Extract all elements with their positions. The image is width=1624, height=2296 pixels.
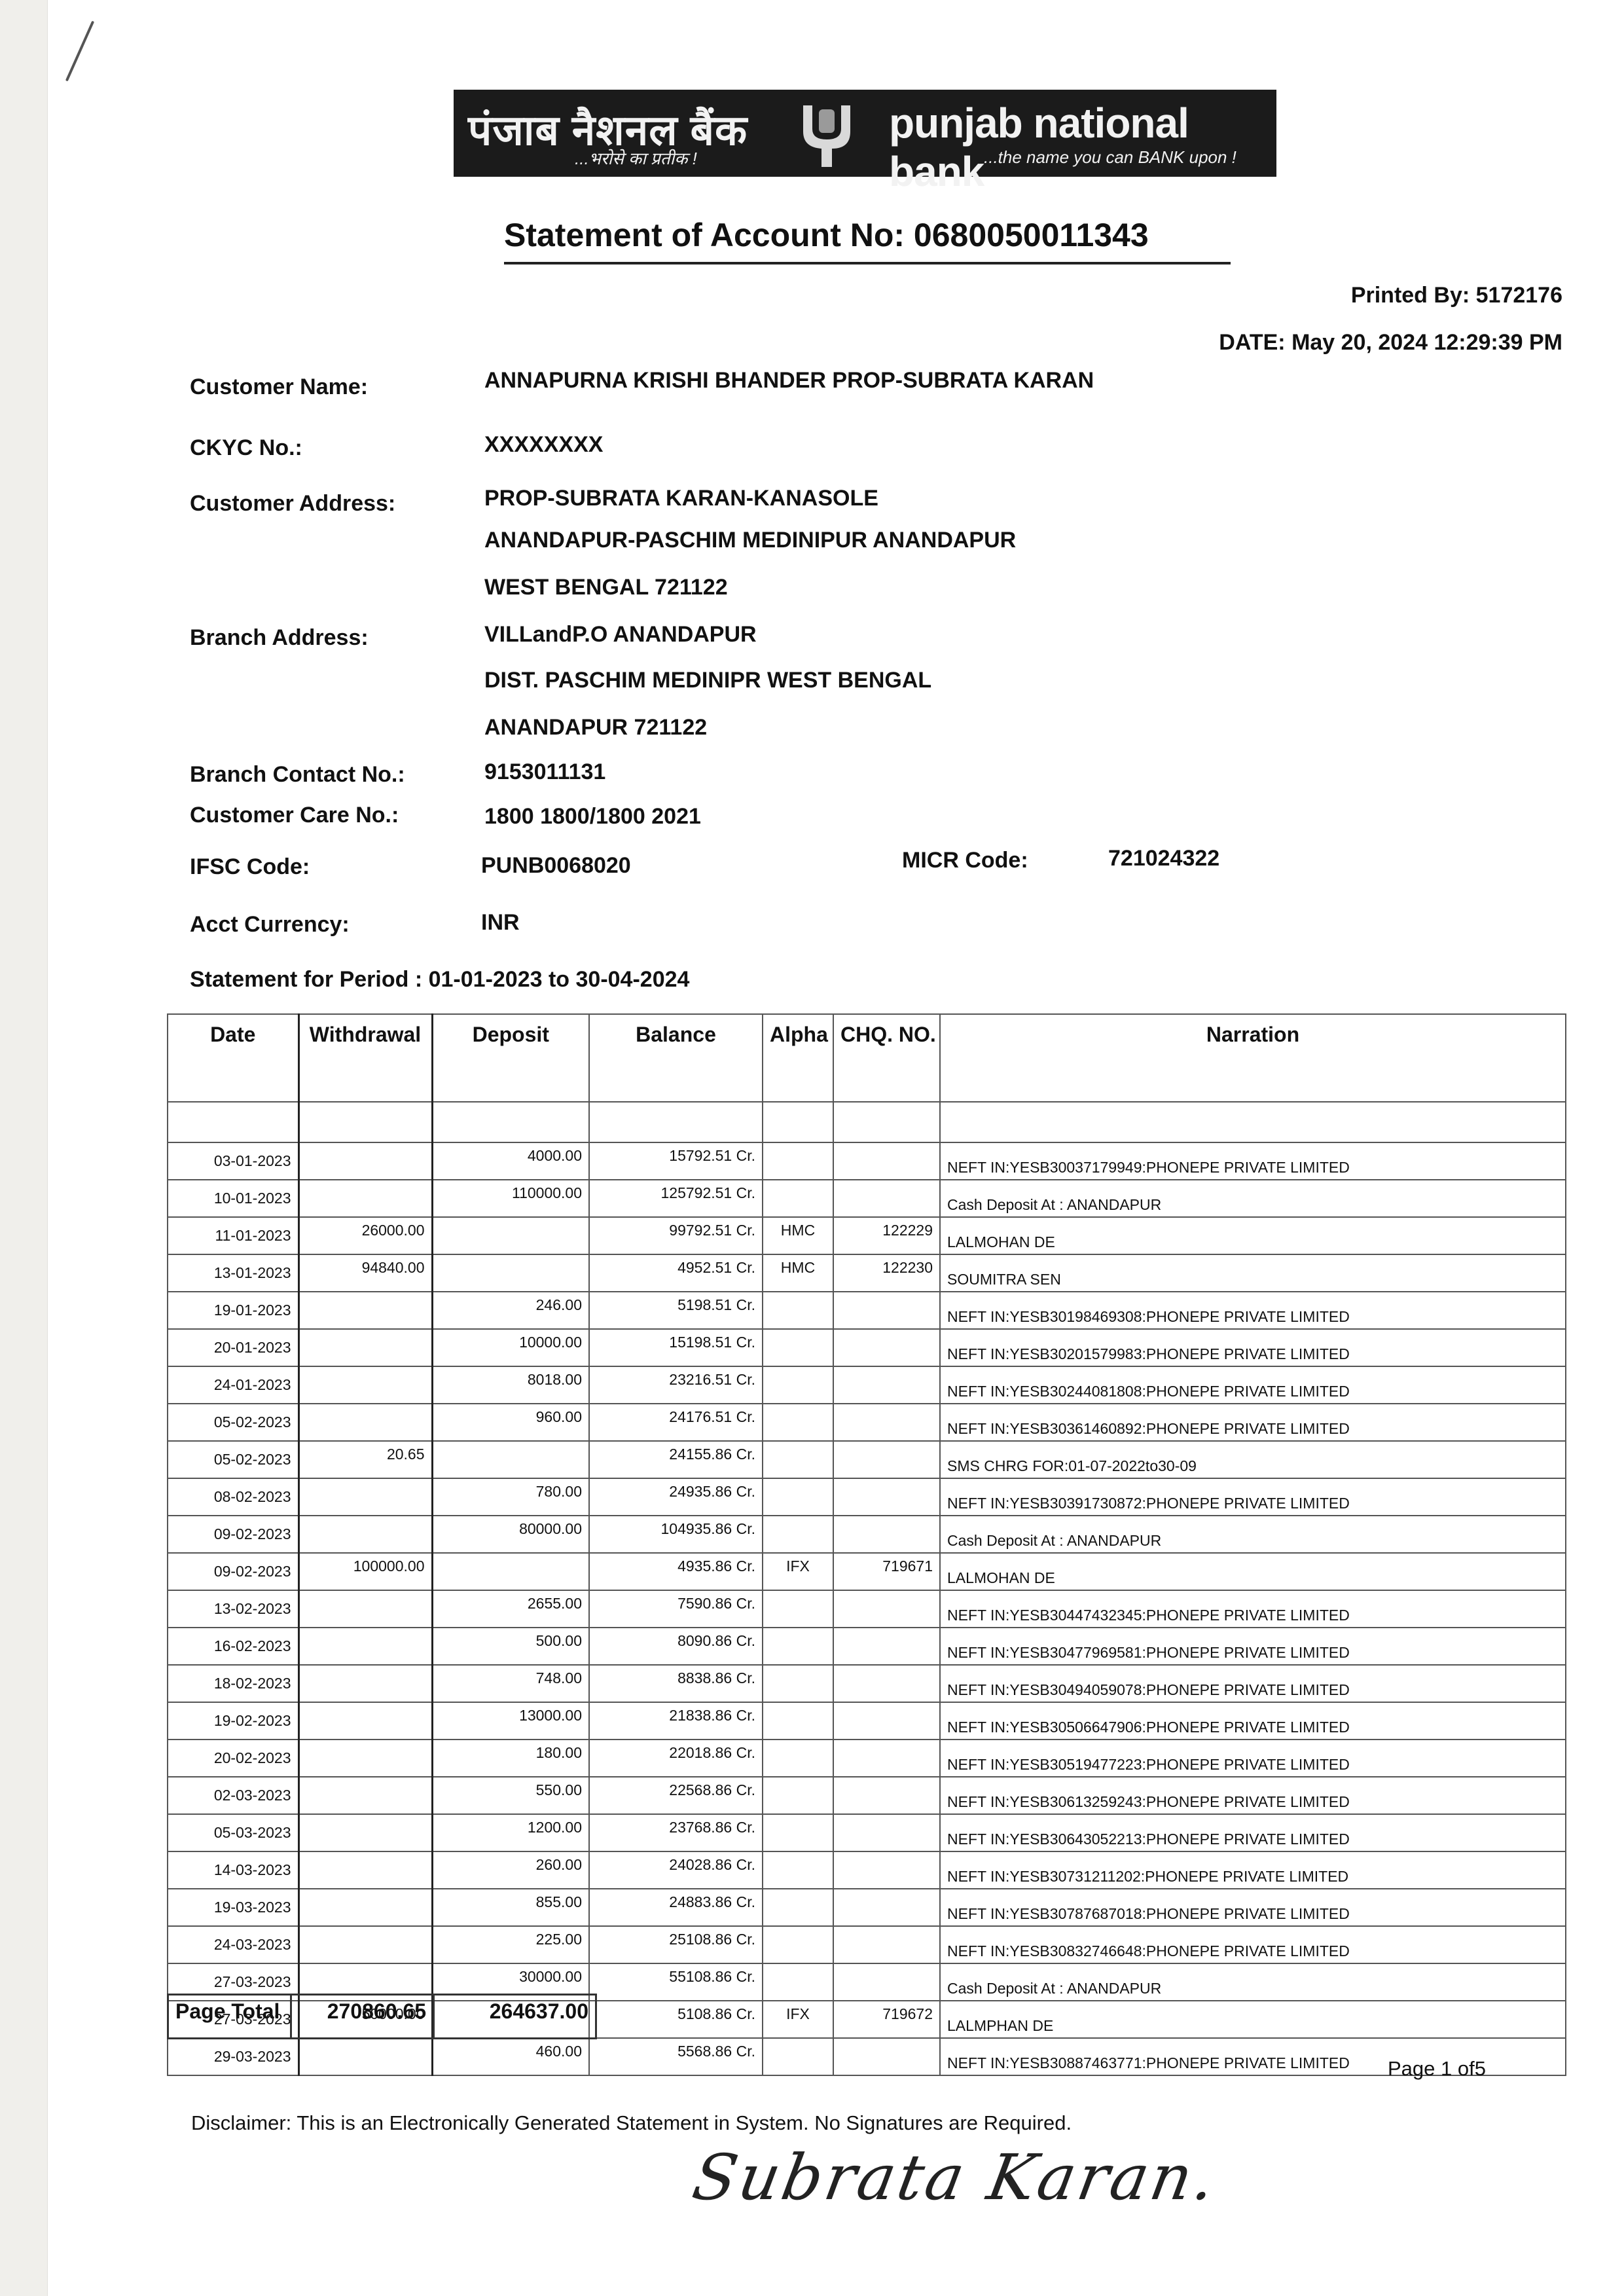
cell-narration: NEFT IN:YESB30613259243:PHONEPE PRIVATE … — [940, 1777, 1566, 1814]
transactions-table: Date Withdrawal Deposit Balance Alpha CH… — [167, 1013, 1566, 2076]
cell-deposit: 8018.00 — [432, 1366, 589, 1404]
cell-withdrawal — [298, 1851, 432, 1889]
cell-date: 19-02-2023 — [168, 1702, 298, 1740]
cell-withdrawal — [298, 1665, 432, 1702]
cell-alpha: HMC — [763, 1217, 833, 1254]
cell-narration: SMS CHRG FOR:01-07-2022to30-09 — [940, 1441, 1566, 1478]
ckyc-value: XXXXXXXX — [484, 432, 603, 458]
cell-chq-no: 122230 — [833, 1254, 940, 1292]
cell-chq-no — [833, 1628, 940, 1665]
cell-withdrawal — [298, 1478, 432, 1516]
cell-narration: NEFT IN:YESB30361460892:PHONEPE PRIVATE … — [940, 1404, 1566, 1441]
cell-withdrawal: 94840.00 — [298, 1254, 432, 1292]
cell-narration: NEFT IN:YESB30201579983:PHONEPE PRIVATE … — [940, 1329, 1566, 1366]
cell-withdrawal — [298, 1366, 432, 1404]
branch-address-label: Branch Address: — [190, 625, 369, 651]
cell-balance: 55108.86 Cr. — [589, 1963, 763, 2001]
cell-alpha — [763, 1329, 833, 1366]
cell-balance: 23216.51 Cr. — [589, 1366, 763, 1404]
cell-alpha — [763, 1292, 833, 1329]
cell-chq-no — [833, 1180, 940, 1217]
cell-balance: 24935.86 Cr. — [589, 1478, 763, 1516]
table-row: 11-01-202326000.0099792.51 Cr.HMC122229L… — [168, 1217, 1566, 1254]
cell-alpha — [763, 1740, 833, 1777]
cell-chq-no — [833, 1777, 940, 1814]
cell-withdrawal — [298, 1329, 432, 1366]
column-header-withdrawal: Withdrawal — [298, 1014, 432, 1102]
table-row: 09-02-202380000.00104935.86 Cr.Cash Depo… — [168, 1516, 1566, 1553]
cell-chq-no — [833, 1963, 940, 2001]
cell-date: 14-03-2023 — [168, 1851, 298, 1889]
cell-alpha — [763, 1665, 833, 1702]
cell-date: 29-03-2023 — [168, 2038, 298, 2075]
ckyc-label: CKYC No.: — [190, 435, 302, 461]
disclaimer: Disclaimer: This is an Electronically Ge… — [191, 2111, 1072, 2135]
bank-tagline-english: ...the name you can BANK upon ! — [984, 147, 1236, 168]
cell-narration: LALMPHAN DE — [940, 2001, 1566, 2038]
cell-deposit: 550.00 — [432, 1777, 589, 1814]
cell-withdrawal — [298, 1889, 432, 1926]
cell-balance: 104935.86 Cr. — [589, 1516, 763, 1553]
cell-date: 13-02-2023 — [168, 1590, 298, 1628]
table-row: 20-01-202310000.0015198.51 Cr.NEFT IN:YE… — [168, 1329, 1566, 1366]
table-row: 13-02-20232655.007590.86 Cr.NEFT IN:YESB… — [168, 1590, 1566, 1628]
cell-chq-no — [833, 1926, 940, 1963]
cell-balance: 24028.86 Cr. — [589, 1851, 763, 1889]
cell-deposit: 460.00 — [432, 2038, 589, 2075]
pen-mark — [65, 21, 94, 82]
cell-chq-no — [833, 1740, 940, 1777]
cell-deposit — [432, 1217, 589, 1254]
table-row: 29-03-2023460.005568.86 Cr.NEFT IN:YESB3… — [168, 2038, 1566, 2075]
page-total-table: Page Total 270860.65 264637.00 — [167, 1994, 597, 2039]
cell-chq-no — [833, 1329, 940, 1366]
cell-chq-no — [833, 1814, 940, 1851]
cell-alpha: IFX — [763, 1553, 833, 1590]
cell-chq-no — [833, 1665, 940, 1702]
cell-date: 20-01-2023 — [168, 1329, 298, 1366]
cell-date: 24-01-2023 — [168, 1366, 298, 1404]
statement-title: Statement of Account No: 0680050011343 — [504, 216, 1231, 264]
customer-address-line-1: PROP-SUBRATA KARAN-KANASOLE — [484, 486, 878, 511]
cell-date: 18-02-2023 — [168, 1665, 298, 1702]
cell-withdrawal: 20.65 — [298, 1441, 432, 1478]
cell-deposit: 780.00 — [432, 1478, 589, 1516]
cell-chq-no — [833, 1142, 940, 1180]
cell-narration: NEFT IN:YESB30519477223:PHONEPE PRIVATE … — [940, 1740, 1566, 1777]
cell-date: 16-02-2023 — [168, 1628, 298, 1665]
cell-balance: 15198.51 Cr. — [589, 1329, 763, 1366]
bank-logo-banner: पंजाब नैशनल बैंक ...भरोसे का प्रतीक ! pu… — [454, 90, 1276, 177]
cell-alpha — [763, 1777, 833, 1814]
cell-chq-no — [833, 1889, 940, 1926]
customer-address-label: Customer Address: — [190, 491, 395, 517]
table-row: 05-02-202320.6524155.86 Cr.SMS CHRG FOR:… — [168, 1441, 1566, 1478]
cell-date: 20-02-2023 — [168, 1740, 298, 1777]
cell-narration: Cash Deposit At : ANANDAPUR — [940, 1516, 1566, 1553]
cell-chq-no — [833, 1366, 940, 1404]
cell-deposit: 225.00 — [432, 1926, 589, 1963]
cell-deposit: 13000.00 — [432, 1702, 589, 1740]
cell-balance: 25108.86 Cr. — [589, 1926, 763, 1963]
cell-deposit: 960.00 — [432, 1404, 589, 1441]
cell-balance: 23768.86 Cr. — [589, 1814, 763, 1851]
cell-alpha: IFX — [763, 2001, 833, 2038]
page-total-withdrawal: 270860.65 — [291, 1995, 434, 2039]
customer-name-label: Customer Name: — [190, 374, 368, 400]
table-row: 19-02-202313000.0021838.86 Cr.NEFT IN:YE… — [168, 1702, 1566, 1740]
cell-balance: 125792.51 Cr. — [589, 1180, 763, 1217]
cell-withdrawal — [298, 2038, 432, 2075]
cell-withdrawal — [298, 1702, 432, 1740]
cell-balance: 5198.51 Cr. — [589, 1292, 763, 1329]
cell-narration: NEFT IN:YESB30506647906:PHONEPE PRIVATE … — [940, 1702, 1566, 1740]
table-row: 24-03-2023225.0025108.86 Cr.NEFT IN:YESB… — [168, 1926, 1566, 1963]
cell-balance: 22018.86 Cr. — [589, 1740, 763, 1777]
cell-chq-no — [833, 1702, 940, 1740]
handwritten-signature: Subrata Karan. — [687, 2141, 1223, 2214]
cell-deposit: 260.00 — [432, 1851, 589, 1889]
cell-balance: 24155.86 Cr. — [589, 1441, 763, 1478]
cell-balance: 21838.86 Cr. — [589, 1702, 763, 1740]
table-row: 10-01-2023110000.00125792.51 Cr.Cash Dep… — [168, 1180, 1566, 1217]
cell-balance: 99792.51 Cr. — [589, 1217, 763, 1254]
cell-chq-no: 719672 — [833, 2001, 940, 2038]
cell-date: 09-02-2023 — [168, 1516, 298, 1553]
pnb-logo-icon — [801, 103, 853, 168]
cell-date: 09-02-2023 — [168, 1553, 298, 1590]
cell-deposit: 246.00 — [432, 1292, 589, 1329]
cell-withdrawal — [298, 1814, 432, 1851]
cell-narration: NEFT IN:YESB30832746648:PHONEPE PRIVATE … — [940, 1926, 1566, 1963]
ifsc-label: IFSC Code: — [190, 854, 310, 880]
cell-date: 24-03-2023 — [168, 1926, 298, 1963]
cell-deposit: 110000.00 — [432, 1180, 589, 1217]
cell-chq-no — [833, 1851, 940, 1889]
cell-alpha — [763, 1814, 833, 1851]
cell-date: 13-01-2023 — [168, 1254, 298, 1292]
customer-care-value: 1800 1800/1800 2021 — [484, 804, 701, 829]
customer-address-line-2: ANANDAPUR-PASCHIM MEDINIPUR ANANDAPUR — [484, 528, 1016, 553]
cell-deposit: 2655.00 — [432, 1590, 589, 1628]
cell-date: 02-03-2023 — [168, 1777, 298, 1814]
cell-withdrawal — [298, 1516, 432, 1553]
cell-deposit: 855.00 — [432, 1889, 589, 1926]
table-header-row: Date Withdrawal Deposit Balance Alpha CH… — [168, 1014, 1566, 1102]
scan-edge — [0, 0, 48, 2296]
cell-narration: NEFT IN:YESB30731211202:PHONEPE PRIVATE … — [940, 1851, 1566, 1889]
cell-withdrawal — [298, 1404, 432, 1441]
cell-withdrawal — [298, 1292, 432, 1329]
cell-alpha — [763, 1889, 833, 1926]
cell-deposit — [432, 1254, 589, 1292]
cell-alpha — [763, 1478, 833, 1516]
cell-alpha — [763, 1628, 833, 1665]
branch-contact-label: Branch Contact No.: — [190, 762, 405, 788]
cell-balance: 24883.86 Cr. — [589, 1889, 763, 1926]
table-row: 13-01-202394840.004952.51 Cr.HMC122230SO… — [168, 1254, 1566, 1292]
page-total-deposit: 264637.00 — [434, 1995, 596, 2039]
branch-address-line-2: DIST. PASCHIM MEDINIPR WEST BENGAL — [484, 668, 931, 693]
cell-narration: NEFT IN:YESB30447432345:PHONEPE PRIVATE … — [940, 1590, 1566, 1628]
cell-alpha — [763, 1404, 833, 1441]
cell-balance: 15792.51 Cr. — [589, 1142, 763, 1180]
table-row: 05-02-2023960.0024176.51 Cr.NEFT IN:YESB… — [168, 1404, 1566, 1441]
cell-date: 08-02-2023 — [168, 1478, 298, 1516]
table-row: 20-02-2023180.0022018.86 Cr.NEFT IN:YESB… — [168, 1740, 1566, 1777]
cell-date: 19-01-2023 — [168, 1292, 298, 1329]
cell-alpha — [763, 1441, 833, 1478]
cell-narration: NEFT IN:YESB30391730872:PHONEPE PRIVATE … — [940, 1478, 1566, 1516]
cell-date: 05-02-2023 — [168, 1404, 298, 1441]
cell-narration: NEFT IN:YESB30787687018:PHONEPE PRIVATE … — [940, 1889, 1566, 1926]
cell-deposit: 1200.00 — [432, 1814, 589, 1851]
cell-deposit — [432, 1441, 589, 1478]
cell-narration: Cash Deposit At : ANANDAPUR — [940, 1180, 1566, 1217]
cell-chq-no — [833, 1441, 940, 1478]
table-row: 24-01-20238018.0023216.51 Cr.NEFT IN:YES… — [168, 1366, 1566, 1404]
cell-balance: 22568.86 Cr. — [589, 1777, 763, 1814]
cell-chq-no: 719671 — [833, 1553, 940, 1590]
cell-withdrawal — [298, 1740, 432, 1777]
cell-balance: 4935.86 Cr. — [589, 1553, 763, 1590]
cell-alpha — [763, 2038, 833, 2075]
cell-withdrawal — [298, 1590, 432, 1628]
cell-deposit: 748.00 — [432, 1665, 589, 1702]
table-row: 19-03-2023855.0024883.86 Cr.NEFT IN:YESB… — [168, 1889, 1566, 1926]
ifsc-value: PUNB0068020 — [481, 853, 631, 879]
cell-narration: Cash Deposit At : ANANDAPUR — [940, 1963, 1566, 2001]
cell-balance: 7590.86 Cr. — [589, 1590, 763, 1628]
blank-row — [168, 1102, 1566, 1142]
page-number: Page 1 of5 — [1388, 2057, 1486, 2081]
cell-deposit: 180.00 — [432, 1740, 589, 1777]
cell-deposit — [432, 1553, 589, 1590]
table-row: 19-01-2023246.005198.51 Cr.NEFT IN:YESB3… — [168, 1292, 1566, 1329]
cell-balance: 5108.86 Cr. — [589, 2001, 763, 2038]
branch-address-line-3: ANANDAPUR 721122 — [484, 715, 707, 740]
cell-withdrawal — [298, 1180, 432, 1217]
cell-chq-no — [833, 1292, 940, 1329]
cell-date: 03-01-2023 — [168, 1142, 298, 1180]
cell-balance: 5568.86 Cr. — [589, 2038, 763, 2075]
customer-care-label: Customer Care No.: — [190, 803, 399, 828]
cell-withdrawal — [298, 1777, 432, 1814]
cell-chq-no — [833, 1516, 940, 1553]
cell-narration: NEFT IN:YESB30494059078:PHONEPE PRIVATE … — [940, 1665, 1566, 1702]
cell-narration: NEFT IN:YESB30643052213:PHONEPE PRIVATE … — [940, 1814, 1566, 1851]
cell-narration: NEFT IN:YESB30037179949:PHONEPE PRIVATE … — [940, 1142, 1566, 1180]
cell-alpha — [763, 1366, 833, 1404]
cell-narration: LALMOHAN DE — [940, 1217, 1566, 1254]
table-row: 14-03-2023260.0024028.86 Cr.NEFT IN:YESB… — [168, 1851, 1566, 1889]
column-header-balance: Balance — [589, 1014, 763, 1102]
currency-value: INR — [481, 910, 520, 936]
cell-alpha — [763, 1180, 833, 1217]
cell-date: 05-02-2023 — [168, 1441, 298, 1478]
cell-withdrawal — [298, 1926, 432, 1963]
cell-deposit: 500.00 — [432, 1628, 589, 1665]
cell-balance: 24176.51 Cr. — [589, 1404, 763, 1441]
table-row: 05-03-20231200.0023768.86 Cr.NEFT IN:YES… — [168, 1814, 1566, 1851]
branch-address-line-1: VILLandP.O ANANDAPUR — [484, 622, 757, 647]
cell-alpha: HMC — [763, 1254, 833, 1292]
cell-date: 10-01-2023 — [168, 1180, 298, 1217]
cell-deposit: 80000.00 — [432, 1516, 589, 1553]
column-header-alpha: Alpha — [763, 1014, 833, 1102]
print-date: DATE: May 20, 2024 12:29:39 PM — [1219, 330, 1562, 355]
cell-chq-no — [833, 1590, 940, 1628]
cell-alpha — [763, 1142, 833, 1180]
cell-balance: 4952.51 Cr. — [589, 1254, 763, 1292]
table-row: 16-02-2023500.008090.86 Cr.NEFT IN:YESB3… — [168, 1628, 1566, 1665]
cell-chq-no: 122229 — [833, 1217, 940, 1254]
customer-address-line-3: WEST BENGAL 721122 — [484, 575, 728, 600]
cell-alpha — [763, 1963, 833, 2001]
cell-withdrawal — [298, 1142, 432, 1180]
cell-narration: NEFT IN:YESB30244081808:PHONEPE PRIVATE … — [940, 1366, 1566, 1404]
cell-chq-no — [833, 1404, 940, 1441]
cell-alpha — [763, 1590, 833, 1628]
micr-label: MICR Code: — [902, 848, 1028, 873]
table-row: 02-03-2023550.0022568.86 Cr.NEFT IN:YESB… — [168, 1777, 1566, 1814]
cell-balance: 8838.86 Cr. — [589, 1665, 763, 1702]
printed-by: Printed By: 5172176 — [1351, 283, 1562, 308]
cell-narration: LALMOHAN DE — [940, 1553, 1566, 1590]
column-header-deposit: Deposit — [432, 1014, 589, 1102]
table-row: 18-02-2023748.008838.86 Cr.NEFT IN:YESB3… — [168, 1665, 1566, 1702]
cell-withdrawal — [298, 1628, 432, 1665]
branch-contact-value: 9153011131 — [484, 759, 605, 785]
page-total-label: Page Total — [168, 1995, 291, 2039]
table-row: 08-02-2023780.0024935.86 Cr.NEFT IN:YESB… — [168, 1478, 1566, 1516]
cell-chq-no — [833, 2038, 940, 2075]
bank-tagline-hindi: ...भरोसे का प्रतीक ! — [575, 146, 697, 170]
cell-chq-no — [833, 1478, 940, 1516]
micr-value: 721024322 — [1108, 846, 1219, 871]
table-row: 09-02-2023100000.004935.86 Cr.IFX719671L… — [168, 1553, 1566, 1590]
currency-label: Acct Currency: — [190, 912, 350, 938]
cell-withdrawal: 100000.00 — [298, 1553, 432, 1590]
cell-balance: 8090.86 Cr. — [589, 1628, 763, 1665]
statement-period: Statement for Period : 01-01-2023 to 30-… — [190, 967, 689, 993]
cell-alpha — [763, 1516, 833, 1553]
cell-withdrawal: 26000.00 — [298, 1217, 432, 1254]
customer-name-value: ANNAPURNA KRISHI BHANDER PROP-SUBRATA KA… — [484, 368, 1094, 393]
cell-narration: NEFT IN:YESB30198469308:PHONEPE PRIVATE … — [940, 1292, 1566, 1329]
table-row: 03-01-20234000.0015792.51 Cr.NEFT IN:YES… — [168, 1142, 1566, 1180]
column-header-chq-no: CHQ. NO. — [833, 1014, 940, 1102]
cell-deposit: 10000.00 — [432, 1329, 589, 1366]
cell-deposit: 4000.00 — [432, 1142, 589, 1180]
column-header-narration: Narration — [940, 1014, 1566, 1102]
cell-date: 05-03-2023 — [168, 1814, 298, 1851]
cell-alpha — [763, 1702, 833, 1740]
cell-narration: SOUMITRA SEN — [940, 1254, 1566, 1292]
cell-alpha — [763, 1926, 833, 1963]
cell-narration: NEFT IN:YESB30477969581:PHONEPE PRIVATE … — [940, 1628, 1566, 1665]
column-header-date: Date — [168, 1014, 298, 1102]
cell-alpha — [763, 1851, 833, 1889]
cell-date: 19-03-2023 — [168, 1889, 298, 1926]
cell-date: 11-01-2023 — [168, 1217, 298, 1254]
